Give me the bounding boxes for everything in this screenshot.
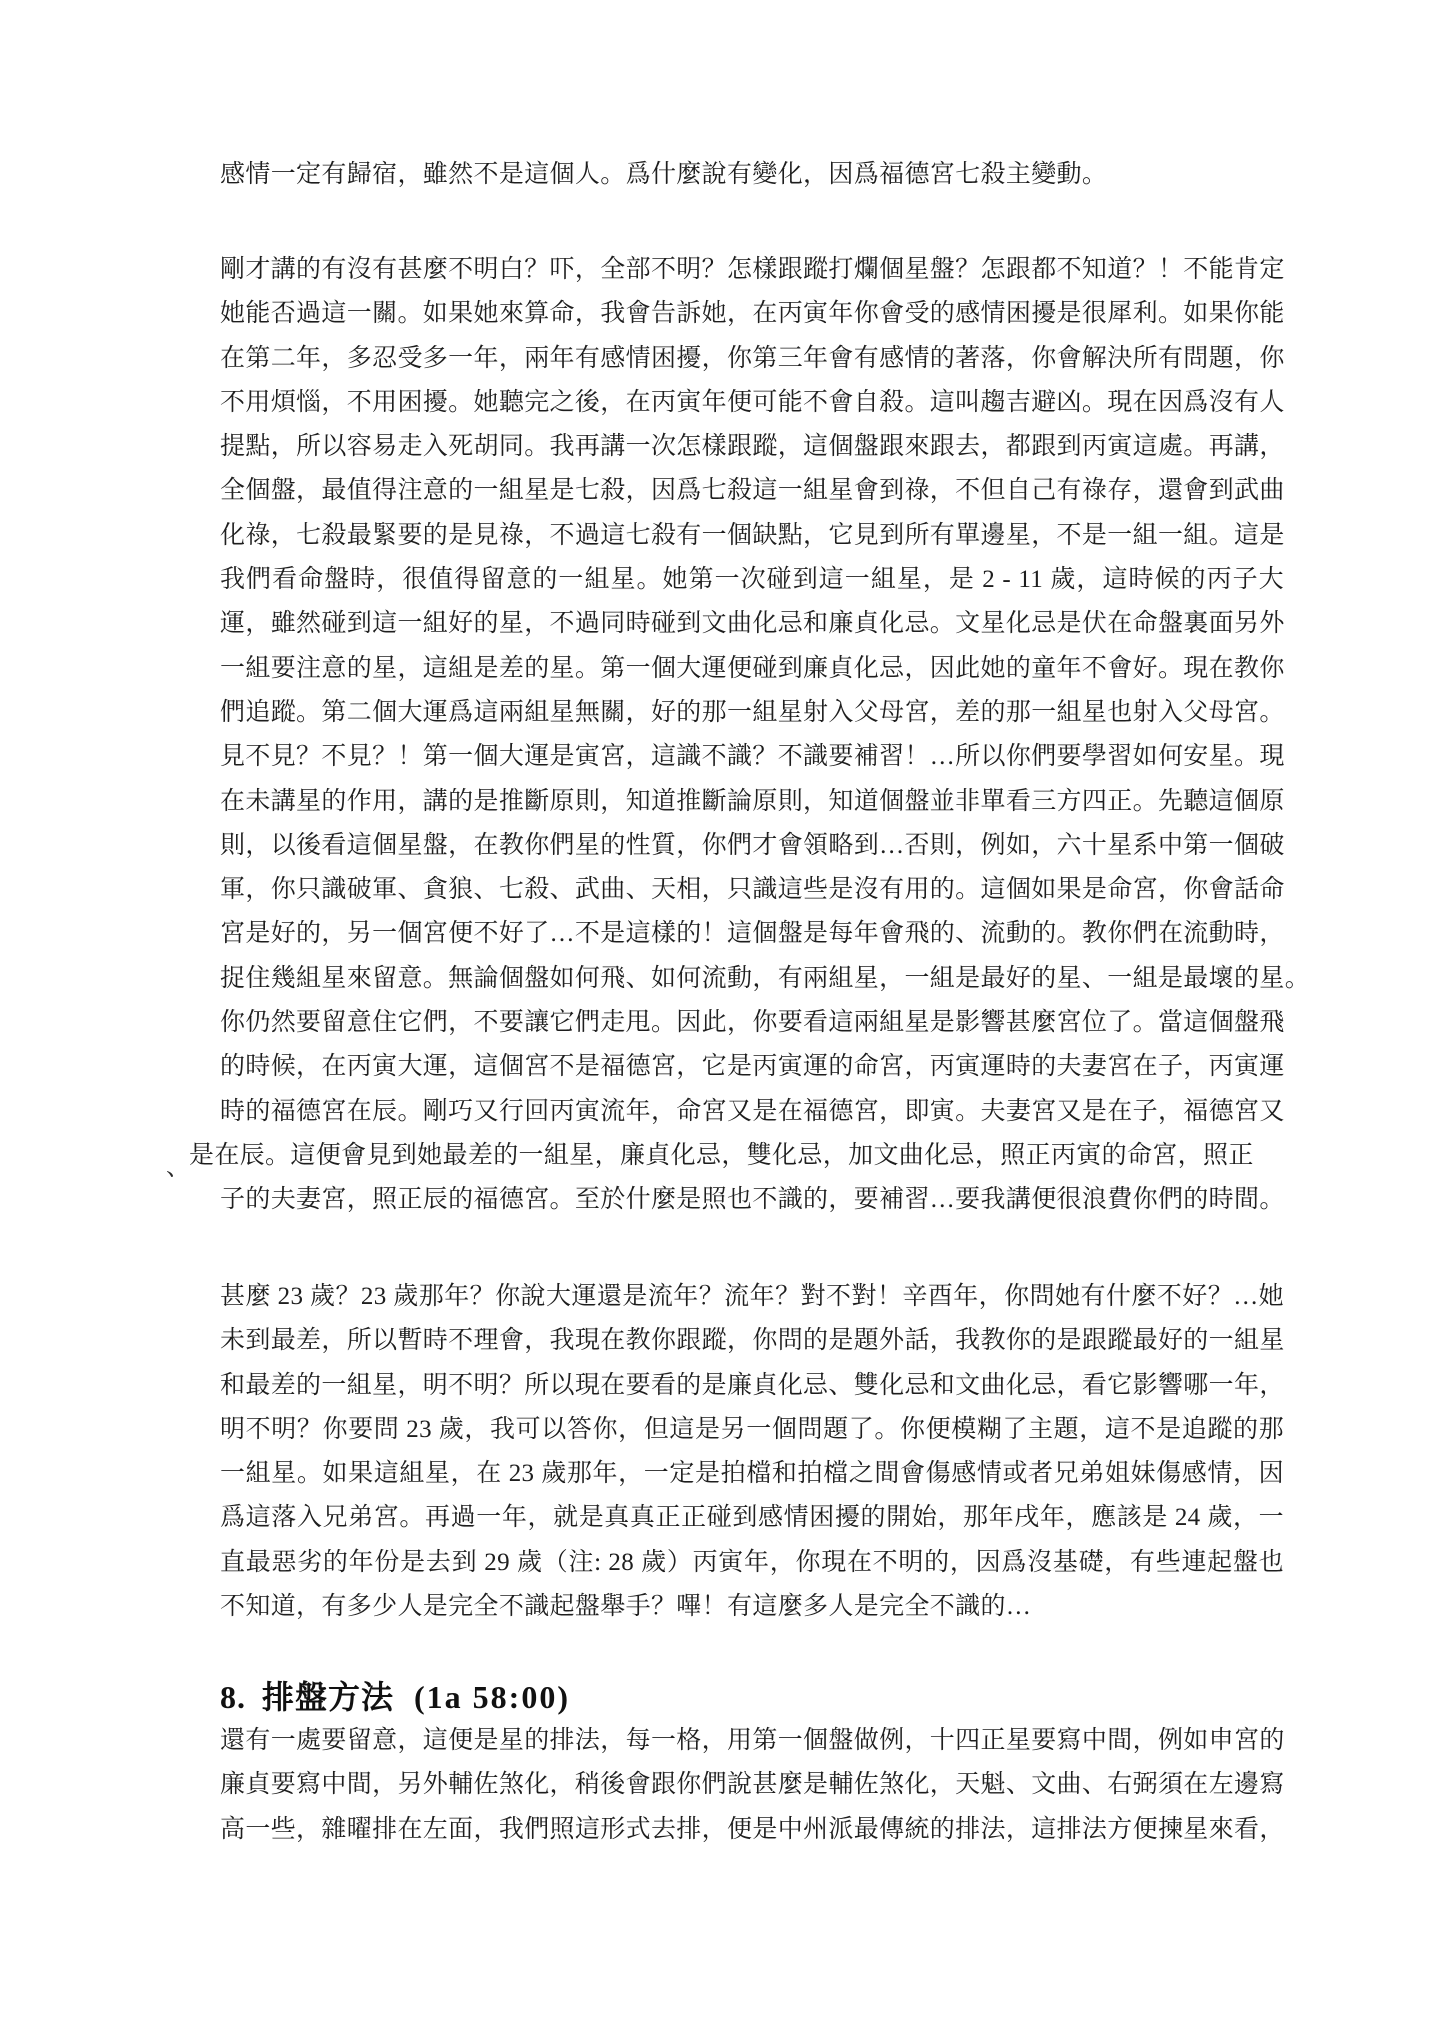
text-line: 感情一定有歸宿，雖然不是這個人。爲什麼說有變化，因爲福德宮七殺主變動。 [220, 153, 1284, 197]
margin-stray-mark: 、 [166, 1147, 190, 1182]
text-line: 全個盤，最值得注意的一組星是七殺，因爲七殺這一組星會到祿，不但自己有祿存，還會到… [220, 469, 1284, 513]
text-line: 提點，所以容易走入死胡同。我再講一次怎樣跟蹤，這個盤跟來跟去，都跟到丙寅這處。再… [220, 425, 1284, 469]
text-line: 捉住幾組星來留意。無論個盤如何飛、如何流動，有兩組星，一組是最好的星、一組是最壞… [220, 957, 1284, 1001]
paragraph-age23: 甚麼 23 歲？23 歲那年？你說大運還是流年？流年？對不對！辛酉年，你問她有什… [220, 1275, 1284, 1629]
text-line: 明不明？你要問 23 歲，我可以答你，但這是另一個問題了。你便模糊了主題，這不是… [220, 1408, 1284, 1452]
text-line: 的時候，在丙寅大運，這個宮不是福德宮，它是丙寅運的命宮，丙寅運時的夫妻宮在子，丙… [220, 1045, 1284, 1089]
text-line: 爲這落入兄弟宮。再過一年，就是真真正正碰到感情困擾的開始，那年戌年，應該是 24… [220, 1496, 1284, 1540]
document-page: 感情一定有歸宿，雖然不是這個人。爲什麼說有變化，因爲福德宮七殺主變動。 剛才講的… [0, 0, 1440, 2019]
text-line: 一組要注意的星，這組是差的星。第一個大運便碰到廉貞化忌，因此她的童年不會好。現在… [220, 647, 1284, 691]
text-line: 子的夫妻宮，照正辰的福德宮。至於什麼是照也不識的，要補習…要我講便很浪費你們的時… [220, 1178, 1284, 1222]
text-line: 她能否過這一關。如果她來算命，我會告訴她，在丙寅年你會受的感情困擾是很犀利。如果… [220, 292, 1284, 336]
text-line: 是在辰。這便會見到她最差的一組星，廉貞化忌，雙化忌，加文曲化忌，照正丙寅的命宮，… [189, 1134, 1253, 1178]
text-line: 們追蹤。第二個大運爲這兩組星無關，好的那一組星射入父母宮，差的那一組星也射入父母… [220, 691, 1284, 735]
text-line: 宮是好的，另一個宮便不好了…不是這樣的！這個盤是每年會飛的、流動的。教你們在流動… [220, 912, 1284, 956]
text-line: 見不見？不見？！第一個大運是寅宮，這識不識？不識要補習！…所以你們要學習如何安星… [220, 735, 1284, 779]
text-line: 和最差的一組星，明不明？所以現在要看的是廉貞化忌、雙化忌和文曲化忌，看它影響哪一… [220, 1364, 1284, 1408]
text-line: 剛才講的有沒有甚麼不明白？吓，全部不明？怎樣跟蹤打爛個星盤？怎跟都不知道？！不能… [220, 248, 1284, 292]
section-number: 8. [220, 1679, 246, 1715]
text-line: 運，雖然碰到這一組好的星，不過同時碰到文曲化忌和廉貞化忌。文星化忌是伏在命盤裏面… [220, 602, 1284, 646]
text-line: 不知道，有多少人是完全不識起盤舉手？嗶！有這麼多人是完全不識的… [220, 1585, 1284, 1629]
text-line: 直最惡劣的年份是去到 29 歲（注: 28 歲）丙寅年，你現在不明的，因爲沒基礎… [220, 1541, 1284, 1585]
paragraph-layout-method: 還有一處要留意，這便是星的排法，每一格，用第一個盤做例，十四正星要寫中間，例如申… [220, 1719, 1284, 1852]
section-heading: 8.排盤方法(1a 58:00) [220, 1676, 570, 1718]
text-line: 高一些，雜曜排在左面，我們照這形式去排，便是中州派最傳統的排法，這排法方便揀星來… [220, 1808, 1284, 1852]
text-line: 你仍然要留意住它們，不要讓它們走甩。因此，你要看這兩組星是影響甚麼宮位了。當這個… [220, 1001, 1284, 1045]
text-line: 一組星。如果這組星，在 23 歲那年，一定是拍檔和拍檔之間會傷感情或者兄弟姐妹傷… [220, 1452, 1284, 1496]
section-timestamp: (1a 58:00) [414, 1679, 570, 1715]
text-line: 則，以後看這個星盤，在教你們星的性質，你們才會領略到…否則，例如，六十星系中第一… [220, 824, 1284, 868]
text-line: 我們看命盤時，很值得留意的一組星。她第一次碰到這一組星，是 2 - 11 歲，這… [220, 558, 1284, 602]
text-line: 在第二年，多忍受多一年，兩年有感情困擾，你第三年會有感情的著落，你會解決所有問題… [220, 337, 1284, 381]
text-line: 軍，你只識破軍、貪狼、七殺、武曲、天相，只識這些是沒有用的。這個如果是命宮，你會… [220, 868, 1284, 912]
text-line: 還有一處要留意，這便是星的排法，每一格，用第一個盤做例，十四正星要寫中間，例如申… [220, 1719, 1284, 1763]
text-line: 不用煩惱，不用困擾。她聽完之後，在丙寅年便可能不會自殺。這叫趨吉避凶。現在因爲沒… [220, 381, 1284, 425]
paragraph-tracking: 剛才講的有沒有甚麼不明白？吓，全部不明？怎樣跟蹤打爛個星盤？怎跟都不知道？！不能… [220, 248, 1284, 1223]
section-title: 排盤方法 [262, 1679, 394, 1715]
text-line: 在未講星的作用，講的是推斷原則，知道推斷論原則，知道個盤並非單看三方四正。先聽這… [220, 780, 1284, 824]
text-line: 時的福德宮在辰。剛巧又行回丙寅流年，命宮又是在福德宮，即寅。夫妻宮又是在子，福德… [220, 1090, 1284, 1134]
text-line: 未到最差，所以暫時不理會，我現在教你跟蹤，你問的是題外話，我教你的是跟蹤最好的一… [220, 1319, 1284, 1363]
paragraph-intro: 感情一定有歸宿，雖然不是這個人。爲什麼說有變化，因爲福德宮七殺主變動。 [220, 153, 1284, 197]
text-line: 廉貞要寫中間，另外輔佐煞化，稍後會跟你們說甚麼是輔佐煞化，天魁、文曲、右弼須在左… [220, 1763, 1284, 1807]
text-line: 化祿，七殺最緊要的是見祿，不過這七殺有一個缺點，它見到所有單邊星，不是一組一組。… [220, 514, 1284, 558]
text-line: 甚麼 23 歲？23 歲那年？你說大運還是流年？流年？對不對！辛酉年，你問她有什… [220, 1275, 1284, 1319]
